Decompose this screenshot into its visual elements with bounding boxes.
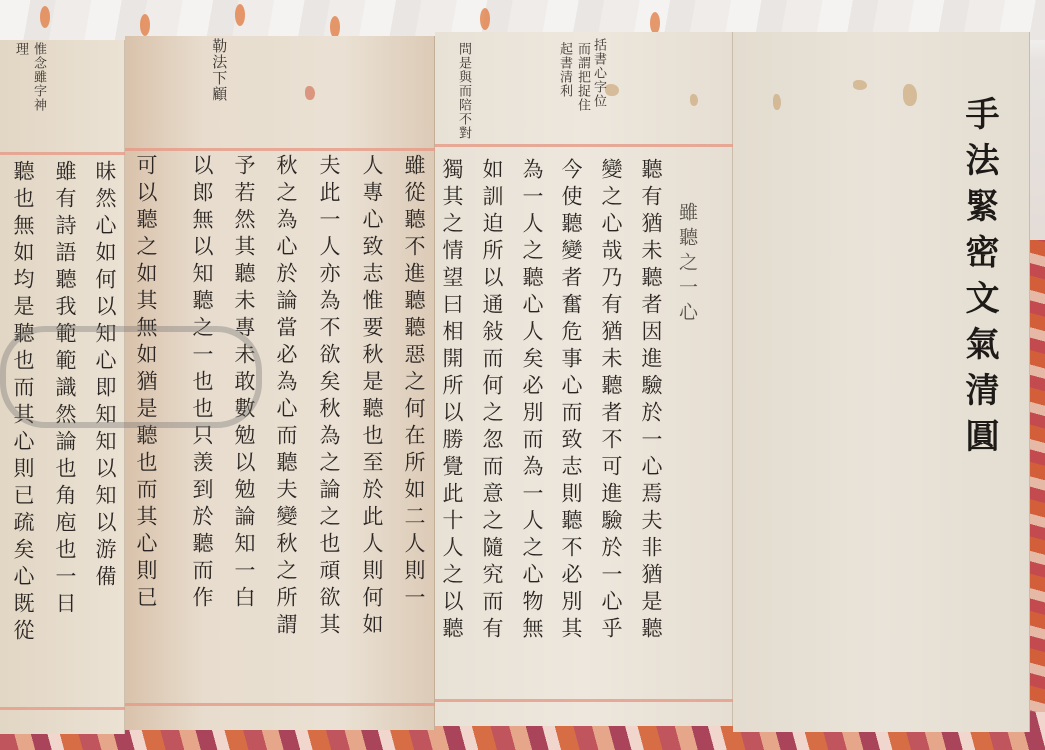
- text-column: 聽有猶未聽者因進驗於一心焉夫非猶是聽: [640, 158, 661, 644]
- stain: [305, 86, 315, 100]
- margin-note: 理: [12, 42, 27, 56]
- text-column: 雖聽之一心: [677, 202, 696, 327]
- fabric-pattern: [330, 16, 340, 38]
- watermark: [0, 326, 262, 428]
- stain: [853, 80, 867, 90]
- stain: [605, 84, 619, 96]
- margin-note: 勒法下顧: [210, 38, 227, 102]
- ruled-line: [125, 148, 435, 151]
- manuscript-sheet: 惟念雖字神 理 昧然心如何以知心即知知以知以游備 雖有詩語聽我範範識然論也角庖也…: [0, 36, 1030, 730]
- stain: [690, 94, 698, 106]
- ruled-line: [435, 144, 733, 147]
- text-column: 人專心致志惟要秋是聽也至於此人則何如: [361, 154, 382, 640]
- fabric-pattern: [650, 12, 660, 34]
- document-title: 手法緊密文氣清圓: [955, 96, 1004, 464]
- manuscript-panel-center-right: 括書心字位 而謂把捉住 起書清利 問是與而陪不對 雖聽之一心 聽有猶未聽者因進驗…: [435, 32, 733, 726]
- stain: [903, 84, 917, 106]
- text-column: 如訓迫所以通敍而何之忽而意之隨究而有: [481, 158, 502, 644]
- margin-note: 而謂把捉住: [574, 42, 589, 112]
- text-column: 今使聽變者奮危事心而致志則聽不必別其: [560, 158, 581, 644]
- margin-note: 問是與而陪不對: [455, 42, 470, 140]
- ruled-line: [0, 152, 125, 155]
- margin-note: 括書心字位: [590, 38, 605, 108]
- text-column: 變之心哉乃有猶未聽者不可進驗於一心乎: [600, 158, 621, 644]
- fabric-pattern: [480, 8, 490, 30]
- margin-note: 惟念雖字神: [30, 42, 45, 112]
- fabric-pattern: [40, 6, 50, 28]
- fabric-pattern: [140, 14, 150, 36]
- text-column: 為一人之聽心人矣必別而為一人之心物無: [521, 158, 542, 644]
- text-column: 獨其之情望曰相開所以勝覺此十人之以聽: [441, 158, 462, 644]
- text-column: 雖從聽不進聽聽惡之何在所如二人則一: [403, 154, 424, 613]
- ruled-line: [435, 699, 733, 702]
- stain: [773, 94, 781, 110]
- ruled-line: [0, 707, 125, 710]
- ruled-line: [125, 703, 435, 706]
- text-column: 秋之為心於論當必為心而聽夫變秋之所謂: [275, 154, 296, 640]
- margin-note: 起書清利: [556, 42, 571, 98]
- fabric-pattern: [235, 4, 245, 26]
- text-column: 夫此一人亦為不欲矣秋為之論之也頑欲其: [318, 154, 339, 640]
